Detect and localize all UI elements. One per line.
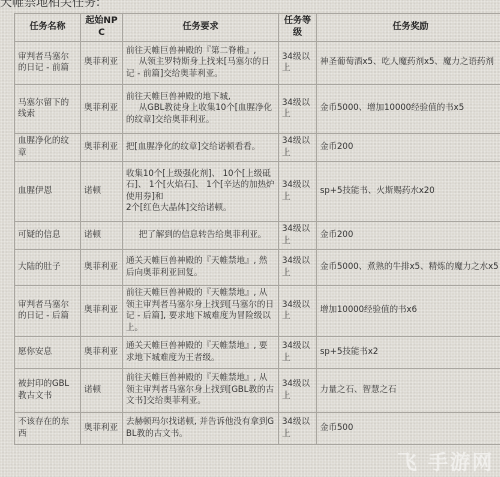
quest-level: 34级以上 (279, 162, 317, 222)
requirement-line: 前往天帷巨兽神殿的『天帷禁地』, 从领主审判者马塞尔身上找到[GBL教的古文书]… (126, 373, 275, 408)
quest-npc: 奥菲利亚 (81, 286, 123, 337)
quest-reward: 神圣葡萄酒x5、吃人魔药剂x5、魔力之语药剂 (317, 42, 500, 85)
quest-reward: 金币5000、煮熟的牛排x5、精炼的魔力之水x5 (317, 250, 500, 286)
requirement-line: 把了解到的信息转告给奥菲利亚。 (126, 230, 275, 242)
quest-reward: sp+5技能书、火斯赐药水x20 (317, 162, 500, 222)
quest-npc: 诺顿 (81, 369, 123, 413)
quest-name: 不该存在的东西 (15, 413, 81, 445)
quest-level: 34级以上 (279, 42, 317, 85)
quest-name: 血腥伊恩 (15, 162, 81, 222)
requirement-line: 通关天帷巨兽神殿的『天帷禁地』, 然后向奥菲利亚回复。 (126, 256, 275, 279)
quest-reward: 金币200 (317, 134, 500, 162)
quest-level: 34级以上 (279, 369, 317, 413)
requirement-line: 去赫顿玛尔找诺顿, 并告诉他没有拿到GBL教的古文书。 (126, 417, 275, 440)
quest-name: 被封印的GBL教古文书 (15, 369, 81, 413)
quest-requirement: 把了解到的信息转告给奥菲利亚。 (123, 222, 279, 250)
quest-level: 34级以上 (279, 134, 317, 162)
requirement-line: 从GBL教徒身上收集10个[血腥净化的纹章]交给奥菲利亚。 (126, 103, 275, 126)
quest-requirement: 前往天帷巨兽神殿的『第二脊椎』, 从领主罗特斯身上找来[马塞尔的日记 - 前篇]… (123, 42, 279, 85)
quest-level: 34级以上 (279, 286, 317, 337)
requirement-line: 把[血腥净化的纹章]交给诺顿看看。 (126, 142, 275, 154)
quest-reward: 增加10000经验值的书x6 (317, 286, 500, 337)
table-header-row: 任务名称 起始NPC 任务要求 任务等级 任务奖励 (15, 14, 500, 42)
quest-requirement: 去赫顿玛尔找诺顿, 并告诉他没有拿到GBL教的古文书。 (123, 413, 279, 445)
header-name: 任务名称 (15, 14, 81, 42)
requirement-line: 前往天帷巨兽神殿的地下城, (126, 92, 275, 104)
quest-npc: 奥菲利亚 (81, 42, 123, 85)
requirement-line: 前往天帷巨兽神殿的『第二脊椎』, (126, 46, 275, 58)
quest-requirement: 收集10个[上级强化剂]、 10个[上级砥石]、 1个[火焰石]、 1个[辛达的… (123, 162, 279, 222)
quest-npc: 奥菲利亚 (81, 85, 123, 134)
table-row: 愿你安息 奥菲利亚 通关天帷巨兽神殿的『天帷禁地』, 要求地下城难度为王者级。 … (15, 337, 500, 369)
quest-name: 愿你安息 (15, 337, 81, 369)
quest-reward: 金币5000、增加10000经验值的书x5 (317, 85, 500, 134)
watermark: 飞 手游网 (397, 446, 494, 475)
quest-requirement: 通关天帷巨兽神殿的『天帷禁地』, 要求地下城难度为王者级。 (123, 337, 279, 369)
quest-table: 任务名称 起始NPC 任务要求 任务等级 任务奖励 审判者马塞尔的日记 - 前篇… (14, 13, 500, 445)
quest-requirement: 把[血腥净化的纹章]交给诺顿看看。 (123, 134, 279, 162)
table-row: 不该存在的东西 奥菲利亚 去赫顿玛尔找诺顿, 并告诉他没有拿到GBL教的古文书。… (15, 413, 500, 445)
quest-level: 34级以上 (279, 413, 317, 445)
quest-level: 34级以上 (279, 250, 317, 286)
table-row: 被封印的GBL教古文书 诺顿 前往天帷巨兽神殿的『天帷禁地』, 从领主审判者马塞… (15, 369, 500, 413)
quest-name: 马塞尔留下的线索 (15, 85, 81, 134)
quest-level: 34级以上 (279, 337, 317, 369)
requirement-line: 通关天帷巨兽神殿的『天帷禁地』, 要求地下城难度为王者级。 (126, 341, 275, 364)
quest-requirement: 通关天帷巨兽神殿的『天帷禁地』, 然后向奥菲利亚回复。 (123, 250, 279, 286)
quest-requirement: 前往天帷巨兽神殿的地下城, 从GBL教徒身上收集10个[血腥净化的纹章]交给奥菲… (123, 85, 279, 134)
header-requirement: 任务要求 (123, 14, 279, 42)
quest-level: 34级以上 (279, 222, 317, 250)
quest-npc: 奥菲利亚 (81, 134, 123, 162)
header-npc: 起始NPC (81, 14, 123, 42)
quest-requirement: 前往天帷巨兽神殿的『天帷禁地』, 从领主审判者马塞尔身上找到[GBL教的古文书]… (123, 369, 279, 413)
requirement-line: 收集10个[上级强化剂]、 10个[上级砥石]、 1个[火焰石]、 1个[辛达的… (126, 169, 275, 204)
table-row: 马塞尔留下的线索 奥菲利亚 前往天帷巨兽神殿的地下城, 从GBL教徒身上收集10… (15, 85, 500, 134)
header-level: 任务等级 (279, 14, 317, 42)
quest-name: 审判者马塞尔的日记 - 后篇 (15, 286, 81, 337)
quest-npc: 奥菲利亚 (81, 413, 123, 445)
quest-reward: sp+5技能书x2 (317, 337, 500, 369)
quest-reward: 金币200 (317, 222, 500, 250)
quest-reward: 金币500 (317, 413, 500, 445)
table-row: 血腥伊恩 诺顿 收集10个[上级强化剂]、 10个[上级砥石]、 1个[火焰石]… (15, 162, 500, 222)
quest-requirement: 前往天帷巨兽神殿的『天帷禁地』, 从领主审判者马塞尔身上找到[马塞尔的日记 - … (123, 286, 279, 337)
table-row: 审判者马塞尔的日记 - 前篇 奥菲利亚 前往天帷巨兽神殿的『第二脊椎』, 从领主… (15, 42, 500, 85)
requirement-line: 从领主罗特斯身上找来[马塞尔的日记 - 前篇]交给奥菲利亚。 (126, 57, 275, 80)
table-row: 审判者马塞尔的日记 - 后篇 奥菲利亚 前往天帷巨兽神殿的『天帷禁地』, 从领主… (15, 286, 500, 337)
quest-reward: 力量之石、智慧之石 (317, 369, 500, 413)
intro-text: 天帷禁地相关任务: (0, 0, 100, 10)
table-row: 可疑的信息 诺顿 把了解到的信息转告给奥菲利亚。 34级以上 金币200 (15, 222, 500, 250)
quest-npc: 奥菲利亚 (81, 250, 123, 286)
page: 天帷禁地相关任务: 任务名称 起始NPC 任务要求 任务等级 任务奖励 审判者马… (0, 0, 500, 477)
table-row: 大陆的肚子 奥菲利亚 通关天帷巨兽神殿的『天帷禁地』, 然后向奥菲利亚回复。 3… (15, 250, 500, 286)
requirement-line: 前往天帷巨兽神殿的『天帷禁地』, 从领主审判者马塞尔身上找到[马塞尔的日记 - … (126, 288, 275, 334)
quest-name: 可疑的信息 (15, 222, 81, 250)
requirement-line: 2个[红色大晶体]交给诺顿。 (126, 203, 275, 215)
quest-npc: 奥菲利亚 (81, 337, 123, 369)
quest-name: 血腥净化的纹章 (15, 134, 81, 162)
quest-name: 大陆的肚子 (15, 250, 81, 286)
quest-name: 审判者马塞尔的日记 - 前篇 (15, 42, 81, 85)
quest-level: 34级以上 (279, 85, 317, 134)
header-reward: 任务奖励 (317, 14, 500, 42)
quest-npc: 诺顿 (81, 162, 123, 222)
table-row: 血腥净化的纹章 奥菲利亚 把[血腥净化的纹章]交给诺顿看看。 34级以上 金币2… (15, 134, 500, 162)
quest-npc: 诺顿 (81, 222, 123, 250)
